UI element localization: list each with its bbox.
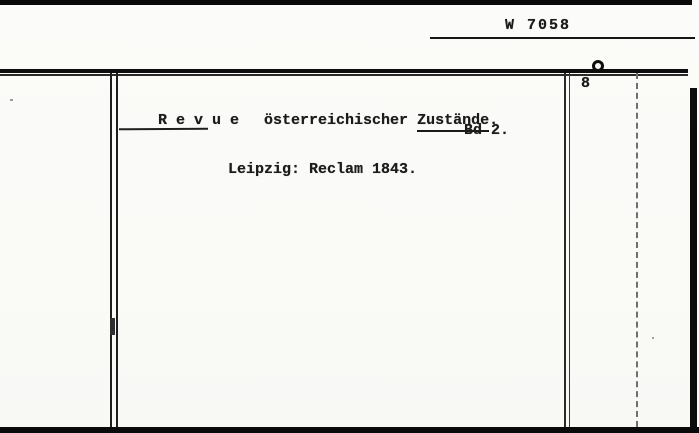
scan-speck	[10, 99, 13, 101]
shelf-number: 8	[581, 75, 590, 92]
column-divider-right	[564, 73, 570, 427]
title-word-middle: österreichischer	[264, 112, 408, 129]
card-top-rule	[0, 69, 688, 73]
scan-edge-top	[0, 0, 692, 5]
catalog-card-scan: W 7058 8 R e v u eösterreichischerZustän…	[0, 0, 699, 433]
title-line: R e v u eösterreichischerZustände.	[122, 95, 498, 146]
scan-edge-bottom	[0, 427, 699, 433]
volume-label: Bd 2.	[464, 122, 509, 139]
column-divider-left	[110, 73, 118, 427]
scan-speck	[652, 337, 654, 339]
call-number-underline	[430, 37, 695, 39]
title-word-revue: R e v u e	[158, 112, 239, 129]
imprint-line: Leipzig: Reclam 1843.	[228, 161, 417, 178]
punch-hole-mark	[592, 60, 604, 72]
scan-ink-blot	[110, 318, 115, 335]
scan-edge-right	[690, 88, 697, 428]
column-divider-dashed	[636, 73, 638, 427]
call-number: W 7058	[505, 17, 571, 34]
